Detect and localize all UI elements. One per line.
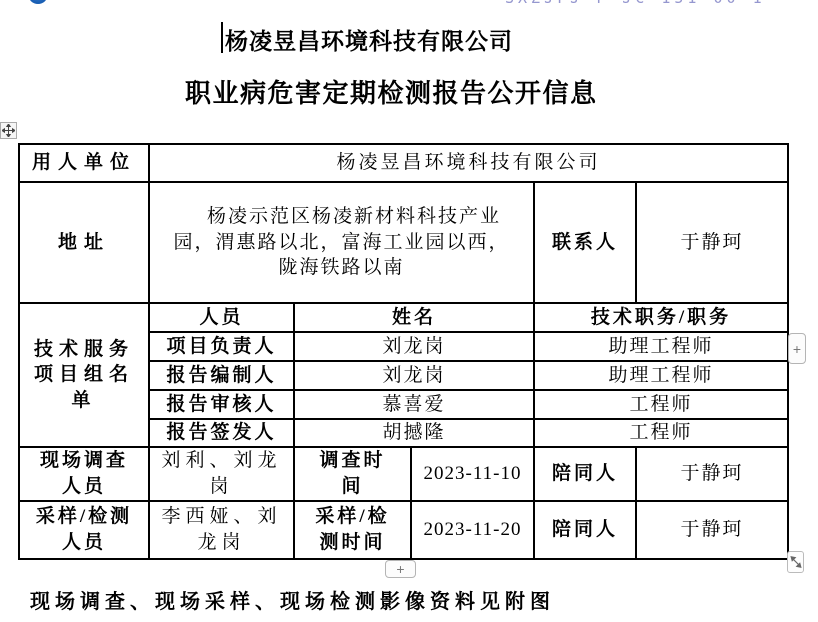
- team-col-person[interactable]: 人员: [149, 303, 294, 332]
- sampling-time-label[interactable]: 采样/检 测时间: [294, 501, 411, 559]
- team-name[interactable]: 胡撼隆: [294, 419, 534, 447]
- team-title[interactable]: 工程师: [534, 390, 788, 419]
- row-address: 地址 杨凌示范区杨凌新材料科技产业 园，渭惠路以北，富海工业园以西， 陇海铁路以…: [19, 182, 788, 303]
- team-role[interactable]: 报告签发人: [149, 419, 294, 447]
- team-title[interactable]: 助理工程师: [534, 332, 788, 361]
- team-role[interactable]: 项目负责人: [149, 332, 294, 361]
- survey-label[interactable]: 现场调查 人员: [19, 447, 149, 501]
- row-survey: 现场调查 人员 刘利、刘龙 岗 调查时 间 2023-11-10 陪同人 于静珂: [19, 447, 788, 501]
- employer-value[interactable]: 杨凌昱昌环境科技有限公司: [149, 144, 788, 182]
- text-cursor: [221, 22, 223, 53]
- sampling-companion-label[interactable]: 陪同人: [534, 501, 636, 559]
- row-employer: 用人单位 杨凌昱昌环境科技有限公司: [19, 144, 788, 182]
- report-info-table: 用人单位 杨凌昱昌环境科技有限公司 地址 杨凌示范区杨凌新材料科技产业 园，渭惠…: [18, 143, 789, 560]
- sampling-time-value[interactable]: 2023-11-20: [411, 501, 534, 559]
- diagonal-resize-icon: [790, 555, 802, 569]
- row-team-header: 技术服务 项目组名 单 人员 姓名 技术职务/职务: [19, 303, 788, 332]
- address-label[interactable]: 地址: [19, 182, 149, 303]
- insert-row-button[interactable]: +: [788, 333, 806, 364]
- survey-people[interactable]: 刘利、刘龙 岗: [149, 447, 294, 501]
- address-value[interactable]: 杨凌示范区杨凌新材料科技产业 园，渭惠路以北，富海工业园以西， 陇海铁路以南: [149, 182, 534, 303]
- doc-code: SXZJFJ-F-JC-151-00-1: [505, 0, 766, 8]
- table-resize-handle[interactable]: [787, 551, 804, 573]
- sampling-label[interactable]: 采样/检测 人员: [19, 501, 149, 559]
- team-name[interactable]: 慕喜爱: [294, 390, 534, 419]
- insert-column-button[interactable]: +: [385, 560, 416, 578]
- team-title[interactable]: 工程师: [534, 419, 788, 447]
- survey-companion-label[interactable]: 陪同人: [534, 447, 636, 501]
- team-name[interactable]: 刘龙岗: [294, 361, 534, 390]
- team-title[interactable]: 助理工程师: [534, 361, 788, 390]
- document-title-company[interactable]: 杨凌昱昌环境科技有限公司: [225, 23, 513, 56]
- team-col-title[interactable]: 技术职务/职务: [534, 303, 788, 332]
- contact-value[interactable]: 于静珂: [636, 182, 788, 303]
- survey-companion-value[interactable]: 于静珂: [636, 447, 788, 501]
- contact-label[interactable]: 联系人: [534, 182, 636, 303]
- team-name[interactable]: 刘龙岗: [294, 332, 534, 361]
- table-move-handle-icon[interactable]: [0, 122, 17, 139]
- four-way-arrow-icon: [2, 124, 15, 137]
- survey-time-value[interactable]: 2023-11-10: [411, 447, 534, 501]
- document-title-report[interactable]: 职业病危害定期检测报告公开信息: [185, 73, 598, 110]
- employer-label[interactable]: 用人单位: [19, 144, 149, 182]
- sampling-companion-value[interactable]: 于静珂: [636, 501, 788, 559]
- team-section-label[interactable]: 技术服务 项目组名 单: [19, 303, 149, 447]
- sampling-people[interactable]: 李西娅、刘 龙岗: [149, 501, 294, 559]
- row-sampling: 采样/检测 人员 李西娅、刘 龙岗 采样/检 测时间 2023-11-20 陪同…: [19, 501, 788, 559]
- survey-time-label[interactable]: 调查时 间: [294, 447, 411, 501]
- team-role[interactable]: 报告编制人: [149, 361, 294, 390]
- team-role[interactable]: 报告审核人: [149, 390, 294, 419]
- blue-dot-icon: [28, 0, 48, 4]
- footer-note[interactable]: 现场调查、现场采样、现场检测影像资料见附图: [30, 585, 555, 614]
- team-col-name[interactable]: 姓名: [294, 303, 534, 332]
